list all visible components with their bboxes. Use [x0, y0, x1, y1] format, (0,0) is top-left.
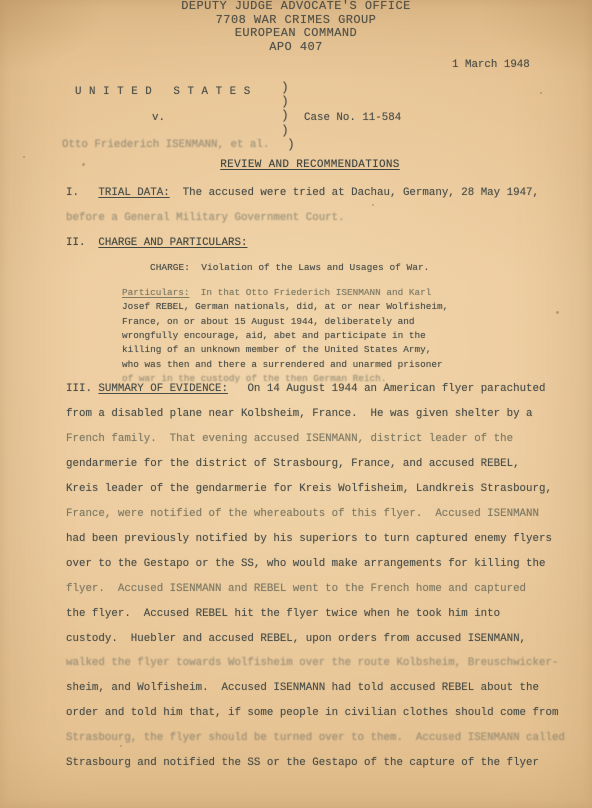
- evidence-line: from a disabled plane near Kolbsheim, Fr…: [66, 402, 565, 427]
- trial-data-line: before a General Military Government Cou…: [66, 206, 539, 231]
- evidence-line: custody. Huebler and accused REBEL, upon…: [66, 627, 565, 652]
- evidence-line: order and told him that, if some people …: [66, 701, 565, 726]
- particulars-line: killing of an unknown member of the Unit…: [122, 343, 448, 357]
- letterhead-line: EUROPEAN COMMAND: [0, 27, 592, 41]
- caption-bracket: ): [287, 138, 295, 152]
- caption-bracket: ): [281, 109, 295, 123]
- letterhead-line: 7708 WAR CRIMES GROUP: [0, 14, 592, 28]
- document-page: DEPUTY JUDGE ADVOCATE'S OFFICE7708 WAR C…: [0, 0, 592, 808]
- trial-data-line: I. TRIAL DATA: The accused were tried at…: [66, 181, 539, 206]
- caption-bracket-column: ) ) ) ) ): [281, 81, 295, 152]
- paper-speck: [540, 92, 542, 94]
- letterhead-line: APO 407: [0, 41, 592, 55]
- particulars-line: Particulars: In that Otto Friederich ISE…: [122, 286, 448, 300]
- charge-line: CHARGE: Violation of the Laws and Usages…: [150, 261, 429, 274]
- evidence-line: walked the flyer towards Wolfisheim over…: [66, 651, 565, 676]
- letterhead-line: DEPUTY JUDGE ADVOCATE'S OFFICE: [0, 0, 592, 14]
- evidence-line: sheim, and Wolfisheim. Accused ISENMANN …: [66, 676, 565, 701]
- caption-bracket: ): [281, 81, 295, 95]
- date-line: 1 March 1948: [452, 59, 530, 72]
- letterhead: DEPUTY JUDGE ADVOCATE'S OFFICE7708 WAR C…: [0, 0, 592, 54]
- evidence-line: had been previously notified by his supe…: [66, 527, 565, 552]
- evidence-line: Kreis leader of the gendarmerie for Krei…: [66, 477, 565, 502]
- evidence-line: Strasbourg and notified the SS or the Ge…: [66, 751, 565, 776]
- evidence-line: flyer. Accused ISENMANN and REBEL went t…: [66, 577, 565, 602]
- caption-bracket: ): [281, 95, 295, 109]
- versus: v.: [152, 112, 165, 125]
- party-plaintiff: U N I T E D S T A T E S: [75, 85, 251, 99]
- evidence-line: over to the Gestapo or the SS, who would…: [66, 552, 565, 577]
- section-summary-evidence: III. SUMMARY OF EVIDENCE: On 14 August 1…: [66, 377, 565, 776]
- section-charge-heading: II. CHARGE AND PARTICULARS:: [66, 236, 247, 250]
- particulars-line: wrongfully encourage, aid, abet and part…: [122, 329, 448, 343]
- caption-bracket: ): [281, 124, 295, 138]
- evidence-line: III. SUMMARY OF EVIDENCE: On 14 August 1…: [66, 377, 565, 402]
- case-number: Case No. 11-584: [304, 112, 401, 125]
- particulars-line: France, on or about 15 August 1944, deli…: [122, 315, 448, 329]
- evidence-line: Strasbourg, the flyer should be turned o…: [66, 726, 565, 751]
- evidence-line: France, were notified of the whereabouts…: [66, 502, 565, 527]
- particulars-line: who was then and there a surrendered and…: [122, 358, 448, 372]
- particulars-block: Particulars: In that Otto Friederich ISE…: [122, 286, 448, 386]
- paper-speck: [556, 311, 559, 314]
- particulars-line: Josef REBEL, German nationals, did, at o…: [122, 300, 448, 314]
- evidence-line: gendarmerie for the district of Strasbou…: [66, 452, 565, 477]
- evidence-line: French family. That evening accused ISEN…: [66, 427, 565, 452]
- document-title-text: REVIEW AND RECOMMENDATIONS: [220, 159, 399, 171]
- charge-heading-line: II. CHARGE AND PARTICULARS:: [66, 236, 247, 250]
- evidence-line: the flyer. Accused REBEL hit the flyer t…: [66, 602, 565, 627]
- document-title: REVIEW AND RECOMMENDATIONS: [14, 158, 592, 173]
- party-defendant: Otto Friederich ISENMANN, et al.: [62, 138, 269, 152]
- section-trial-data: I. TRIAL DATA: The accused were tried at…: [66, 181, 539, 231]
